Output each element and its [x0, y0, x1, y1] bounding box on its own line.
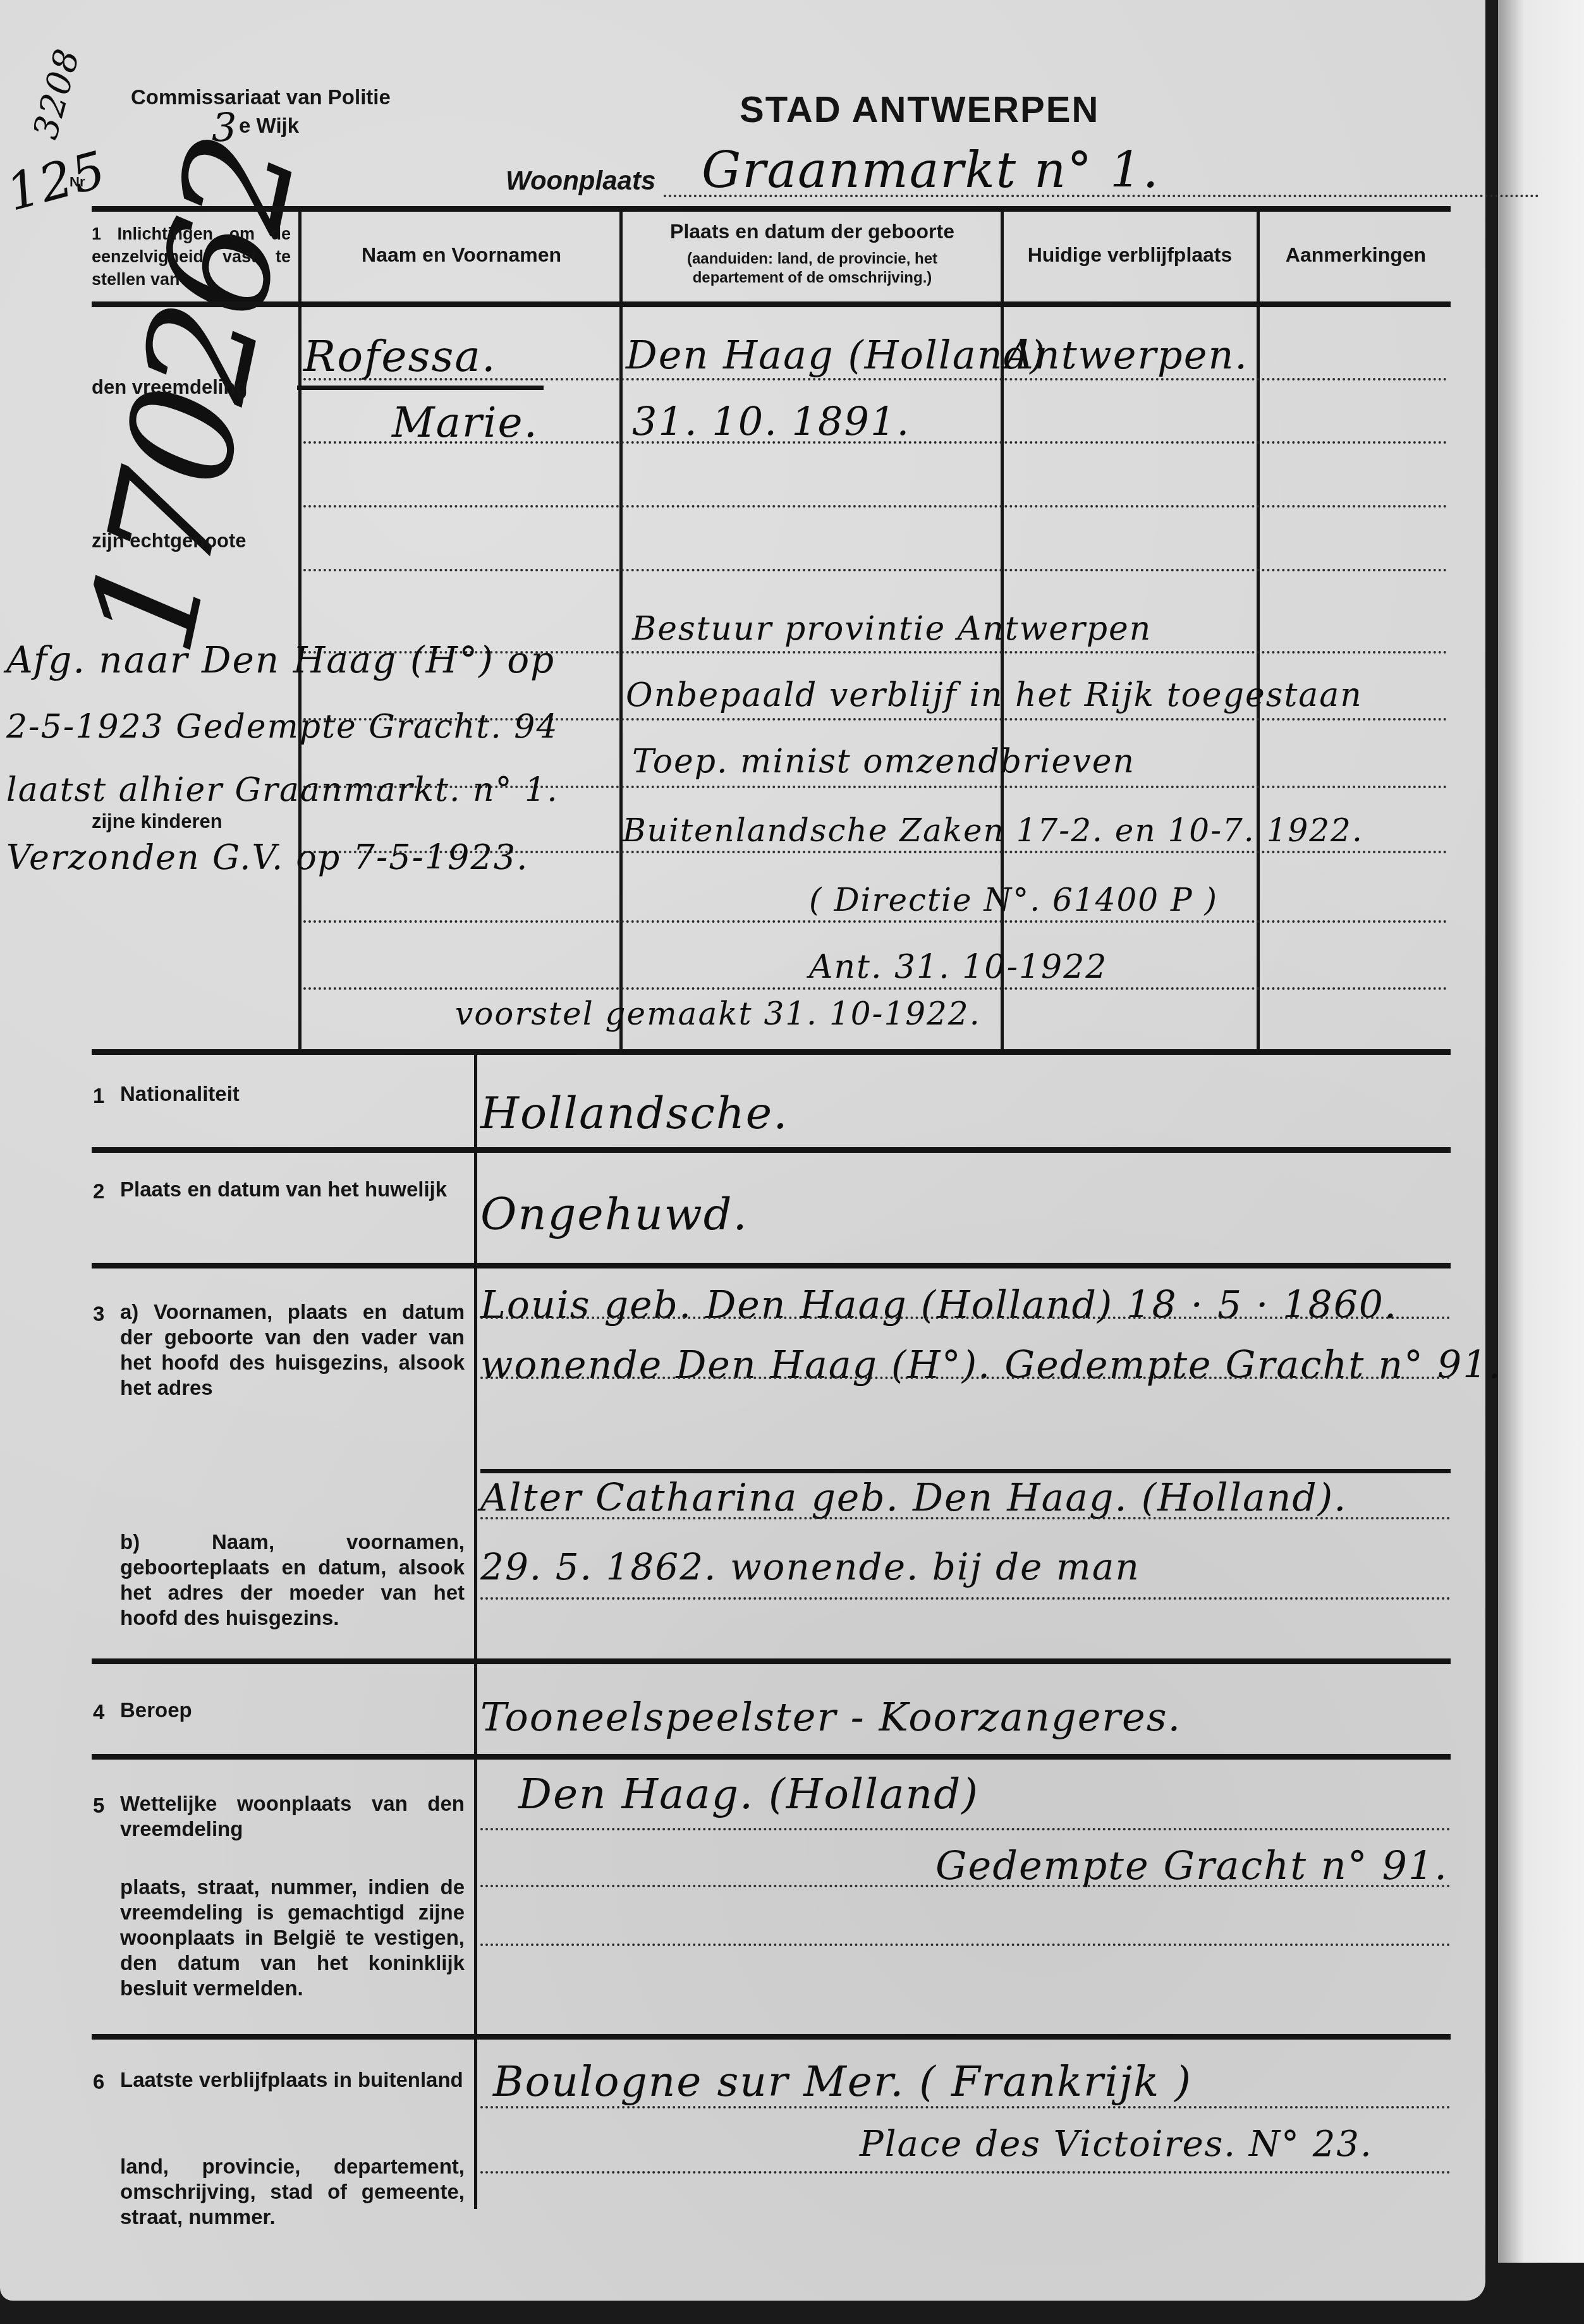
- departure-note-line-1: Afg. naar Den Haag (H°) op: [6, 638, 555, 681]
- row-rule: [92, 1147, 1451, 1153]
- col-header-remarks: Aanmerkingen: [1261, 243, 1451, 266]
- row-label-mother: b) Naam, voornamen, geboorteplaats en da…: [120, 1530, 465, 1631]
- nationality-value: Hollandsche.: [480, 1087, 788, 1139]
- row-line: [480, 1597, 1451, 1600]
- row-line: [480, 1944, 1451, 1946]
- foreigner-current-residence: Antwerpen.: [1005, 332, 1248, 378]
- margin-number-top: 3208: [25, 44, 87, 143]
- table1-bottom-rule: [92, 1049, 1451, 1055]
- last-abroad-line-2: Place des Victoires. N° 23.: [860, 2124, 1373, 2165]
- col-header-birth: Plaats en datum der geboorte: [626, 220, 999, 243]
- remark-line-6: Ant. 31. 10-1922: [809, 948, 1107, 986]
- foreigner-birth-date: 31. 10. 1891.: [632, 398, 910, 444]
- registration-form: 3208 125 170262 Commissariaat van Politi…: [0, 0, 1485, 2301]
- departure-note-line-3: laatst alhier Graanmarkt. n° 1.: [6, 771, 559, 809]
- row-rule: [92, 1754, 1451, 1760]
- col-divider-4: [1257, 212, 1260, 1051]
- table1-header-rule: [92, 301, 1451, 307]
- residence-value: Graanmarkt n° 1.: [702, 142, 1159, 199]
- row-number: 6: [93, 2070, 104, 2094]
- row-line: [480, 2171, 1451, 2174]
- row-line: [303, 569, 1447, 571]
- remark-line-1: Bestuur provintie Antwerpen: [632, 610, 1152, 648]
- adjacent-page-edge: [1498, 0, 1584, 2263]
- row-rule: [92, 2034, 1451, 2040]
- row-line: [303, 987, 1447, 990]
- table1-top-rule: [92, 206, 1451, 212]
- row-sublabel-last-abroad: land, provincie, departement, omschrijvi…: [120, 2154, 465, 2230]
- row-label-spouse: zijn echtgenoote: [92, 530, 247, 552]
- office-line-2: e Wijk: [239, 114, 299, 138]
- row-number: 3: [93, 1302, 104, 1326]
- proposal-note: voorstel gemaakt 31. 10-1922.: [455, 995, 981, 1032]
- foreigner-surname: Rofessa.: [303, 332, 497, 382]
- departure-note-line-2: 2-5-1923 Gedempte Gracht. 94: [6, 708, 558, 746]
- last-abroad-line-1: Boulogne sur Mer. ( Frankrijk ): [493, 2057, 1192, 2106]
- col-header-birth-sub: (aanduiden: land, de provincie, het depa…: [645, 250, 980, 288]
- col-divider-2: [619, 212, 623, 1051]
- remark-line-4: Buitenlandsche Zaken 17-2. en 10-7. 1922…: [623, 812, 1363, 849]
- row-rule: [92, 1658, 1451, 1664]
- col-divider-1: [298, 212, 302, 1051]
- col-header-identity: 1 Inlichtingen om de eenzelvigheid vast …: [92, 222, 291, 291]
- row-line: [480, 1885, 1451, 1887]
- row-label-children: zijne kinderen: [92, 810, 222, 833]
- residence-label: Woonplaats: [506, 166, 655, 196]
- row-line: [480, 1517, 1451, 1519]
- city-title: STAD ANTWERPEN: [740, 88, 1099, 131]
- foreigner-birth-place: Den Haag (Holland): [626, 332, 1046, 378]
- remark-line-3: Toep. minist omzendbrieven: [632, 743, 1135, 781]
- row-number: 5: [93, 1794, 104, 1818]
- legal-residence-line-2: Gedempte Gracht n° 91.: [935, 1842, 1448, 1889]
- row-line: [303, 920, 1447, 923]
- mother-line-1: Alter Catharina geb. Den Haag. (Holland)…: [480, 1476, 1347, 1520]
- subrow-rule: [480, 1469, 1451, 1473]
- row-number: 4: [93, 1700, 104, 1724]
- row-line: [303, 505, 1447, 508]
- row-number: 1: [93, 1084, 104, 1108]
- row-rule: [92, 1263, 1451, 1268]
- father-line-2: wonende Den Haag (H°). Gedempte Gracht n…: [480, 1343, 1502, 1387]
- marriage-value: Ongehuwd.: [480, 1188, 748, 1240]
- remark-line-5: ( Directie N°. 61400 P ): [809, 882, 1218, 918]
- row-line: [480, 1377, 1451, 1379]
- mother-line-2: 29. 5. 1862. wonende. bij de man: [480, 1545, 1140, 1588]
- row-label-father: a) Voornamen, plaats en datum der geboor…: [120, 1299, 465, 1401]
- row-number: 2: [93, 1179, 104, 1203]
- remark-line-2: Onbepaald verblijf in het Rijk toegestaa…: [626, 676, 1363, 714]
- row-label-foreigner: den vreemdeling: [92, 376, 247, 399]
- col-header-name: Naam en Voornamen: [303, 243, 619, 266]
- row-line: [480, 1317, 1451, 1319]
- row-line: [480, 1828, 1451, 1830]
- row-label-legal-residence: Wettelijke woonplaats van den vreemdelin…: [120, 1791, 465, 1842]
- legal-residence-line-1: Den Haag. (Holland): [518, 1770, 979, 1818]
- departure-note-line-4: Verzonden G.V. op 7-5-1923.: [6, 837, 528, 877]
- row-label-marriage: Plaats en datum van het huwelijk: [120, 1177, 465, 1202]
- nr-label: Nr: [70, 174, 85, 190]
- col-header-residence: Huidige verblijfplaats: [1005, 243, 1255, 266]
- row-sublabel-legal-residence: plaats, straat, nummer, indien de vreemd…: [120, 1875, 465, 2001]
- row-label-occupation: Beroep: [120, 1698, 465, 1723]
- row-label-last-abroad: Laatste verblijfplaats in buitenland: [120, 2067, 465, 2093]
- foreigner-given-name: Marie.: [392, 398, 539, 447]
- ward-number: 3: [212, 104, 238, 150]
- row-line: [480, 2106, 1451, 2108]
- surname-underline: [297, 386, 544, 390]
- father-line-1: Louis geb. Den Haag (Holland) 18 · 5 · 1…: [480, 1283, 1398, 1327]
- occupation-value: Tooneelspeelster - Koorzangeres.: [480, 1694, 1181, 1740]
- office-line-1: Commissariaat van Politie: [131, 85, 391, 109]
- row-label-nationality: Nationaliteit: [120, 1081, 465, 1107]
